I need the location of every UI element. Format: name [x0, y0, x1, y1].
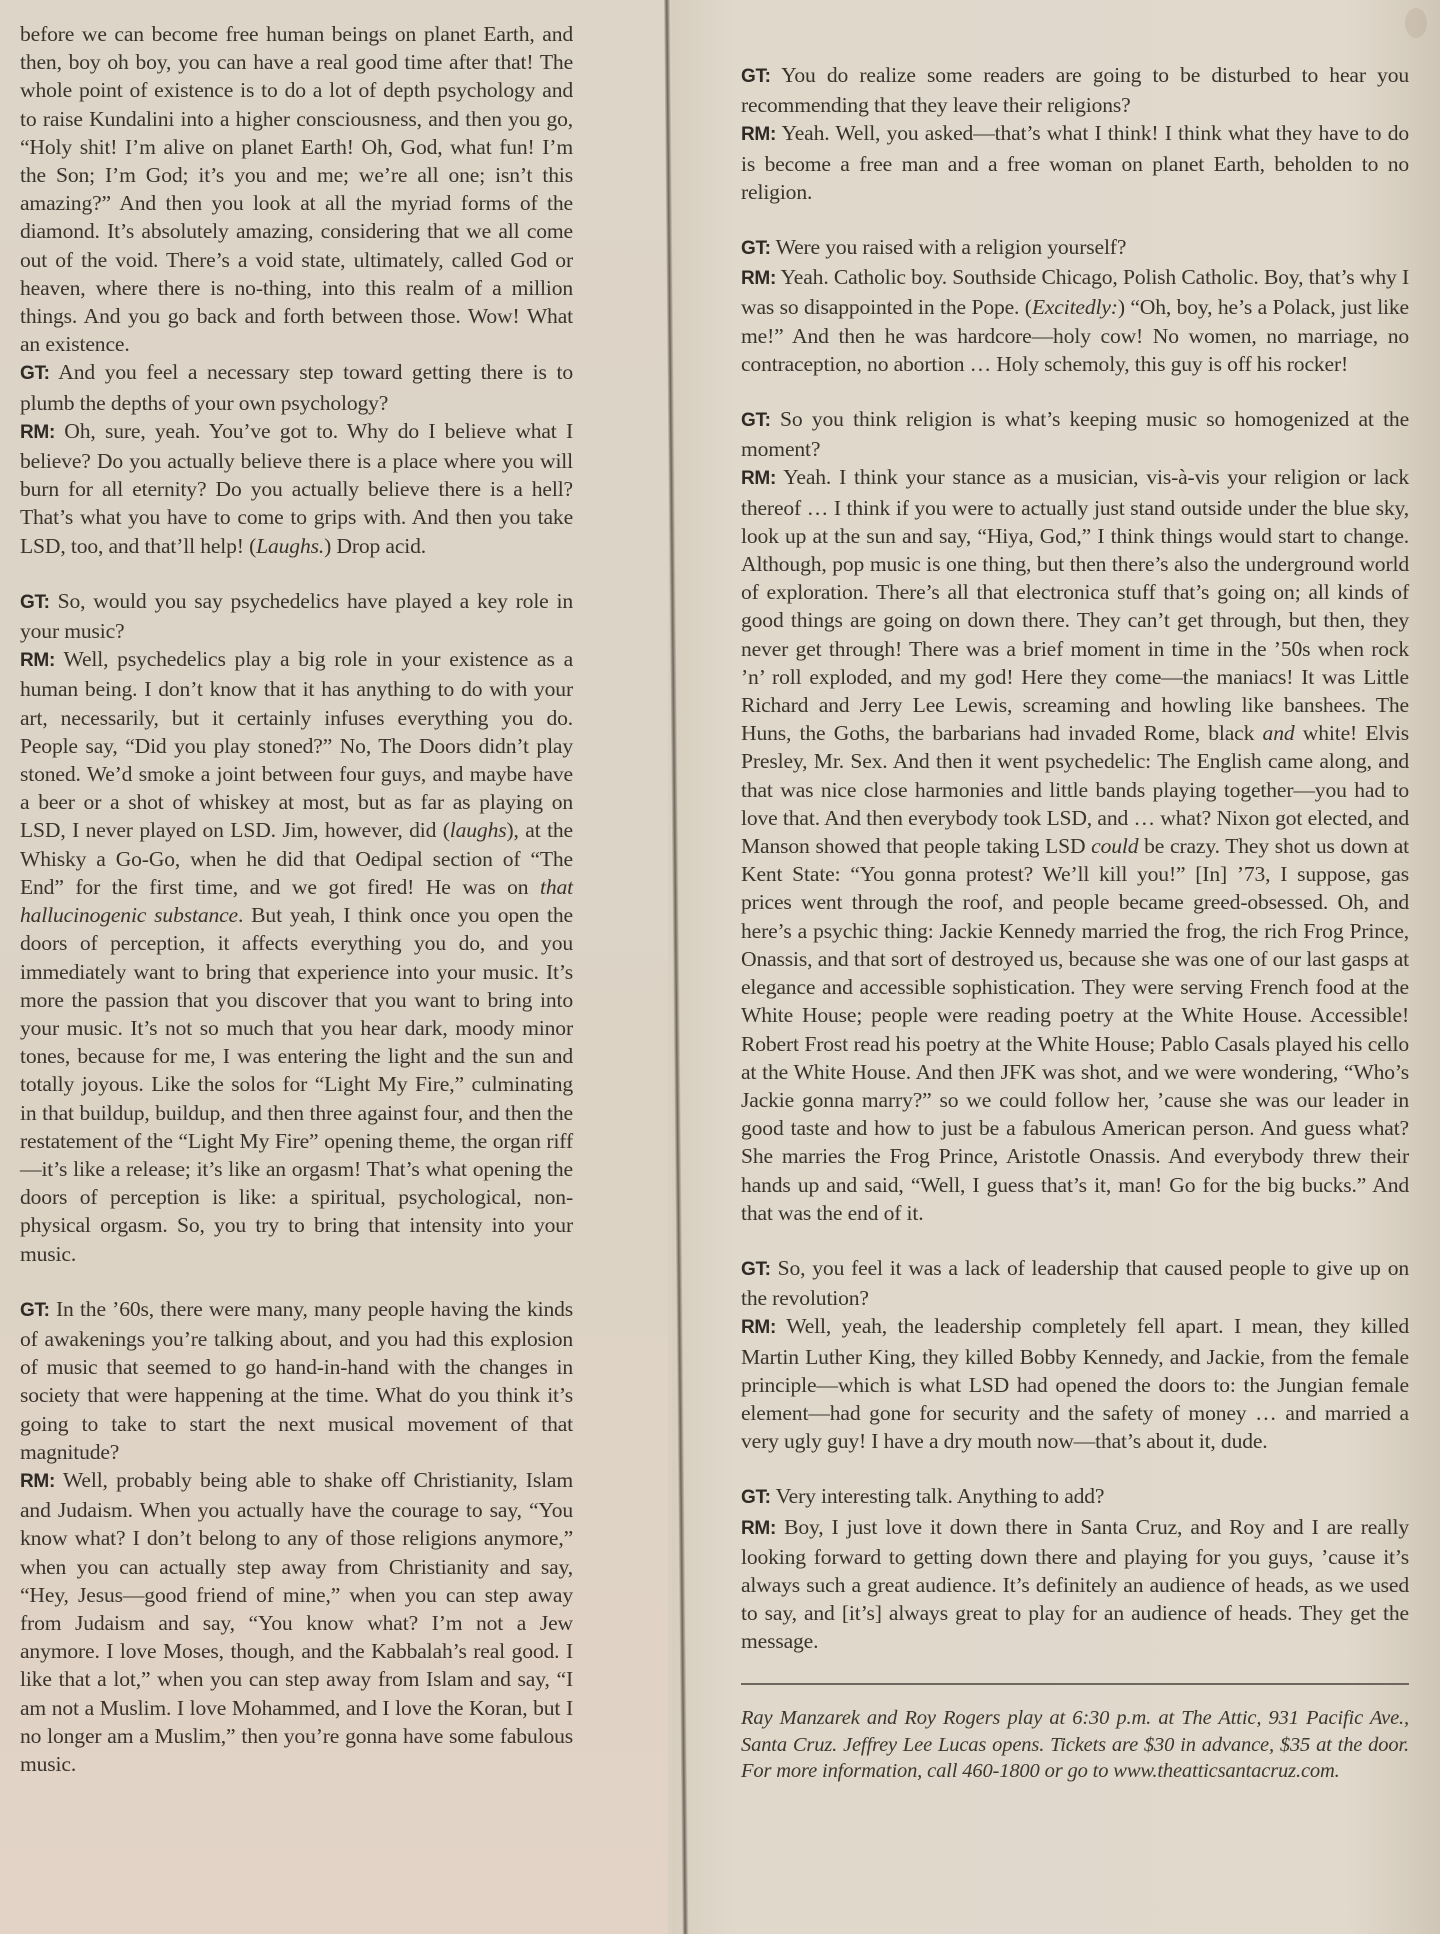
- divider-rule: [741, 1683, 1409, 1685]
- speaker-label-rm: RM:: [741, 1518, 776, 1539]
- qa-exchange: GT: Were you raised with a religion your…: [741, 233, 1409, 378]
- answer-text: Well, probably being able to shake off C…: [20, 1468, 573, 1776]
- speaker-label-gt: GT:: [741, 238, 771, 259]
- speaker-label-gt: GT:: [741, 1259, 771, 1280]
- answer: RM: Well, probably being able to shake o…: [20, 1466, 573, 1778]
- question: GT: Very interesting talk. Anything to a…: [741, 1482, 1409, 1512]
- question: GT: So, you feel it was a lack of leader…: [741, 1254, 1409, 1312]
- question-text: In the ’60s, there were many, many peopl…: [20, 1297, 573, 1464]
- answer-text: be crazy. They shot us down at Kent Stat…: [741, 834, 1409, 1225]
- speaker-label-rm: RM:: [741, 124, 776, 145]
- event-info: Ray Manzarek and Roy Rogers play at 6:30…: [741, 1705, 1409, 1785]
- answer: RM: Well, psychedelics play a big role i…: [20, 645, 573, 1267]
- speaker-label-rm: RM:: [741, 468, 776, 489]
- question-text: So, you feel it was a lack of leadership…: [741, 1256, 1409, 1310]
- qa-exchange: GT: And you feel a necessary step toward…: [20, 358, 573, 559]
- question: GT: And you feel a necessary step toward…: [20, 358, 573, 416]
- answer: RM: Yeah. Well, you asked—that’s what I …: [741, 119, 1409, 206]
- continued-answer: before we can become free human beings o…: [20, 20, 573, 358]
- right-exchanges: GT: You do realize some readers are goin…: [741, 61, 1409, 1656]
- question-text: And you feel a necessary step toward get…: [20, 360, 573, 414]
- italic-text: Laughs.: [256, 534, 324, 558]
- answer-text: ) Drop acid.: [324, 534, 426, 558]
- answer: RM: Well, yeah, the leadership completel…: [741, 1312, 1409, 1455]
- question: GT: So, would you say psychedelics have …: [20, 587, 573, 645]
- qa-exchange: GT: In the ’60s, there were many, many p…: [20, 1295, 573, 1778]
- qa-exchange: GT: So, would you say psychedelics have …: [20, 587, 573, 1268]
- italic-text: could: [1091, 834, 1138, 858]
- speaker-label-gt: GT:: [741, 66, 771, 87]
- answer-text: Yeah. Well, you asked—that’s what I thin…: [741, 121, 1409, 203]
- question-text: Were you raised with a religion yourself…: [776, 235, 1127, 259]
- speaker-label-gt: GT:: [20, 1300, 50, 1321]
- speaker-label-gt: GT:: [20, 592, 50, 613]
- question: GT: Were you raised with a religion your…: [741, 233, 1409, 263]
- paper-stain: [1405, 8, 1427, 38]
- qa-exchange: GT: Very interesting talk. Anything to a…: [741, 1482, 1409, 1655]
- italic-text: and: [1263, 721, 1295, 745]
- question-text: Very interesting talk. Anything to add?: [776, 1484, 1105, 1508]
- question: GT: In the ’60s, there were many, many p…: [20, 1295, 573, 1466]
- speaker-label-rm: RM:: [20, 422, 55, 443]
- answer: RM: Yeah. Catholic boy. Southside Chicag…: [741, 263, 1409, 378]
- speaker-label-gt: GT:: [741, 410, 771, 431]
- answer: RM: Oh, sure, yeah. You’ve got to. Why d…: [20, 417, 573, 560]
- speaker-label-gt: GT:: [20, 363, 50, 384]
- answer-text: Well, psychedelics play a big role in yo…: [20, 647, 573, 842]
- question-text: So you think religion is what’s keeping …: [741, 407, 1409, 461]
- italic-text: Excitedly:: [1032, 295, 1118, 319]
- qa-exchange: GT: You do realize some readers are goin…: [741, 61, 1409, 206]
- left-exchanges: GT: And you feel a necessary step toward…: [20, 358, 573, 1778]
- qa-exchange: GT: So, you feel it was a lack of leader…: [741, 1254, 1409, 1455]
- answer: RM: Yeah. I think your stance as a music…: [741, 463, 1409, 1226]
- question: GT: So you think religion is what’s keep…: [741, 405, 1409, 463]
- speaker-label-rm: RM:: [20, 1471, 55, 1492]
- speaker-label-rm: RM:: [741, 1317, 776, 1338]
- speaker-label-gt: GT:: [741, 1487, 771, 1508]
- left-column: before we can become free human beings o…: [20, 20, 573, 1805]
- question-text: So, would you say psychedelics have play…: [20, 589, 573, 643]
- answer-text: Yeah. I think your stance as a musician,…: [741, 465, 1409, 745]
- answer-text: Boy, I just love it down there in Santa …: [741, 1515, 1409, 1654]
- italic-text: laughs: [450, 818, 507, 842]
- speaker-label-rm: RM:: [20, 650, 55, 671]
- answer-text: . But yeah, I think once you open the do…: [20, 903, 573, 1265]
- question-text: You do realize some readers are going to…: [741, 63, 1409, 117]
- right-column: GT: You do realize some readers are goin…: [741, 61, 1409, 1805]
- answer-text: Well, yeah, the leadership completely fe…: [741, 1314, 1409, 1453]
- question: GT: You do realize some readers are goin…: [741, 61, 1409, 119]
- speaker-label-rm: RM:: [741, 268, 776, 289]
- qa-exchange: GT: So you think religion is what’s keep…: [741, 405, 1409, 1227]
- answer: RM: Boy, I just love it down there in Sa…: [741, 1513, 1409, 1656]
